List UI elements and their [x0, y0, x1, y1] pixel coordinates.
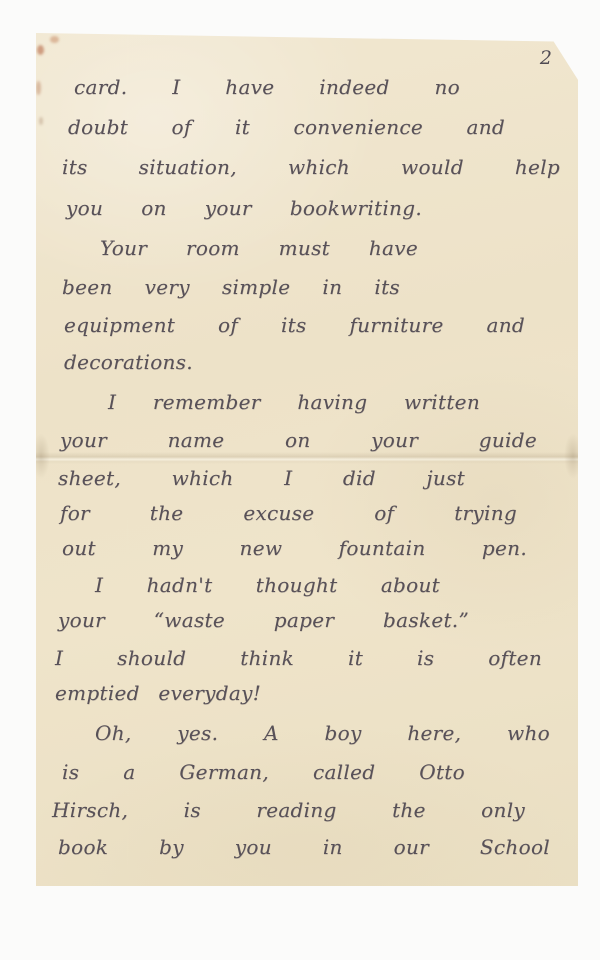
- letter-line: I hadn't thought about: [95, 570, 440, 600]
- letter-line: I remember having written: [108, 387, 480, 417]
- letter-line: been very simple in its: [62, 272, 400, 302]
- letter-line: your name on your guide: [60, 425, 537, 455]
- letter-line: is a German, called Otto: [62, 757, 465, 787]
- foxing-stain: [37, 45, 44, 55]
- letter-line: card. I have indeed no: [74, 72, 460, 102]
- fold-crease-shadow-left: [32, 433, 50, 479]
- letter-line: sheet, which I did just: [58, 463, 465, 493]
- foxing-stain: [36, 81, 41, 95]
- letter-line: doubt of it convenience and: [68, 112, 505, 142]
- letter-line: book by you in our School: [58, 832, 550, 862]
- fold-crease-shadow-right: [564, 433, 582, 479]
- letter-line: you on your bookwriting.: [66, 193, 422, 223]
- letter-line: its situation, which would help: [62, 152, 560, 182]
- scanned-letter-page: 2 card. I have indeed no doubt of it con…: [0, 0, 600, 960]
- foxing-stain: [39, 117, 43, 125]
- letter-line: emptied everyday!: [55, 678, 261, 708]
- page-number: 2: [540, 47, 552, 69]
- letter-line: Hirsch, is reading the only: [52, 795, 525, 825]
- letter-line: out my new fountain pen.: [62, 533, 527, 563]
- letter-line: for the excuse of trying: [60, 498, 517, 528]
- letter-paper: 2 card. I have indeed no doubt of it con…: [36, 33, 578, 886]
- letter-line: equipment of its furniture and: [64, 310, 525, 340]
- letter-line: I should think it is often: [55, 643, 542, 673]
- letter-line: Your room must have: [100, 233, 418, 263]
- letter-line: your “waste paper basket.”: [58, 605, 469, 635]
- letter-line: Oh, yes. A boy here, who: [95, 718, 550, 748]
- letter-line: decorations.: [64, 347, 193, 377]
- foxing-stain: [50, 36, 59, 43]
